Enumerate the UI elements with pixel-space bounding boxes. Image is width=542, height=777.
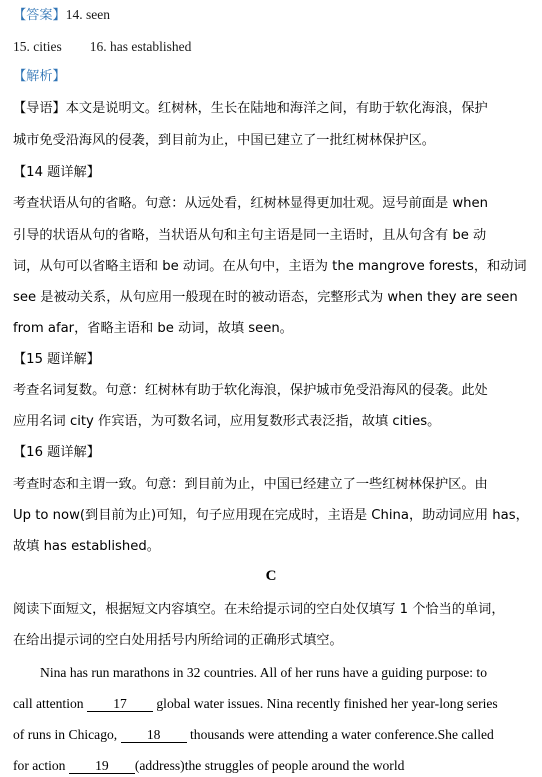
intro-line-1: 【导语】本文是说明文。红树林，生长在陆地和海洋之间，有助于软化海浪，保护: [13, 99, 488, 119]
q14-line-3: 词，从句可以省略主语和 be 动词。在从句中，主语为 the mangrove …: [13, 257, 527, 277]
answer-label: 【答案】: [13, 8, 66, 23]
passage-line-3-pre: of runs in Chicago,: [13, 727, 121, 742]
answer-line: 【答案】14. seen: [13, 5, 110, 26]
passage-line-4-post: (address)the struggles of people around …: [135, 758, 405, 773]
intro-text-1: 本文是说明文。红树林，生长在陆地和海洋之间，有助于软化海浪，保护: [66, 101, 488, 116]
q16-heading-text: 【16 题详解】: [13, 445, 100, 460]
q16-line-3: 故填 has established。: [13, 537, 160, 557]
q14-line-4: see 是被动关系，从句应用一般现在时的被动语态，完整形式为 when they…: [13, 288, 518, 308]
intro-text-2: 城市免受沿海风的侵袭，到目前为止，中国已建立了一批红树林保护区。: [13, 133, 435, 148]
passage-line-3-post: thousands were attending a water confere…: [187, 727, 494, 742]
q15-heading-text: 【15 题详解】: [13, 352, 100, 367]
passage-line-3: of runs in Chicago, 18 thousands were at…: [13, 725, 494, 745]
answer-line-2: 15. cities16. has established: [13, 37, 191, 58]
q15-line-2: 应用名词 city 作宾语，为可数名词，应用复数形式表泛指，故填 cities。: [13, 412, 440, 432]
intro-line-2: 城市免受沿海风的侵袭，到目前为止，中国已建立了一批红树林保护区。: [13, 131, 435, 151]
q14-line-5: from afar，省略主语和 be 动词，故填 seen。: [13, 319, 293, 339]
q14-line-2: 引导的状语从句的省略，当状语从句和主句主语是同一主语时，且从句含有 be 动: [13, 226, 486, 246]
q16-line-2: Up to now(到目前为止)可知，句子应用现在完成时，主语是 China，助…: [13, 506, 529, 526]
section-c-heading: C: [0, 568, 542, 585]
instruction-line-2: 在给出提示词的空白处用括号内所给词的正确形式填空。: [13, 631, 343, 651]
passage-line-2-post: global water issues. Nina recently finis…: [153, 696, 498, 711]
q15-heading: 【15 题详解】: [13, 350, 100, 370]
answer-16: 16. has established: [90, 39, 192, 54]
q14-line-1: 考查状语从句的省略。句意：从远处看，红树林显得更加壮观。逗号前面是 when: [13, 194, 488, 214]
analysis-label: 【解析】: [13, 69, 66, 84]
q14-heading-text: 【14 题详解】: [13, 165, 100, 180]
passage-line-2-pre: call attention: [13, 696, 87, 711]
intro-label: 【导语】: [13, 101, 66, 116]
answer-14: 14. seen: [66, 7, 110, 22]
answer-15: 15. cities: [13, 39, 62, 54]
document-page: 【答案】14. seen 15. cities16. has establish…: [0, 0, 542, 777]
blank-17[interactable]: 17: [87, 696, 153, 712]
q14-heading: 【14 题详解】: [13, 163, 100, 183]
passage-line-1: Nina has run marathons in 32 countries. …: [40, 663, 487, 683]
analysis-label-line: 【解析】: [13, 67, 66, 87]
blank-19[interactable]: 19: [69, 758, 135, 774]
q15-line-1: 考查名词复数。句意：红树林有助于软化海浪，保护城市免受沿海风的侵袭。此处: [13, 381, 488, 401]
passage-line-2: call attention 17 global water issues. N…: [13, 694, 498, 714]
passage-line-4-pre: for action: [13, 758, 69, 773]
blank-18[interactable]: 18: [121, 727, 187, 743]
q16-line-1: 考查时态和主谓一致。句意：到目前为止，中国已经建立了一些红树林保护区。由: [13, 475, 488, 495]
passage-line-4: for action 19(address)the struggles of p…: [13, 756, 404, 776]
instruction-line-1: 阅读下面短文，根据短文内容填空。在未给提示词的空白处仅填写 1 个恰当的单词，: [13, 600, 505, 620]
q16-heading: 【16 题详解】: [13, 443, 100, 463]
